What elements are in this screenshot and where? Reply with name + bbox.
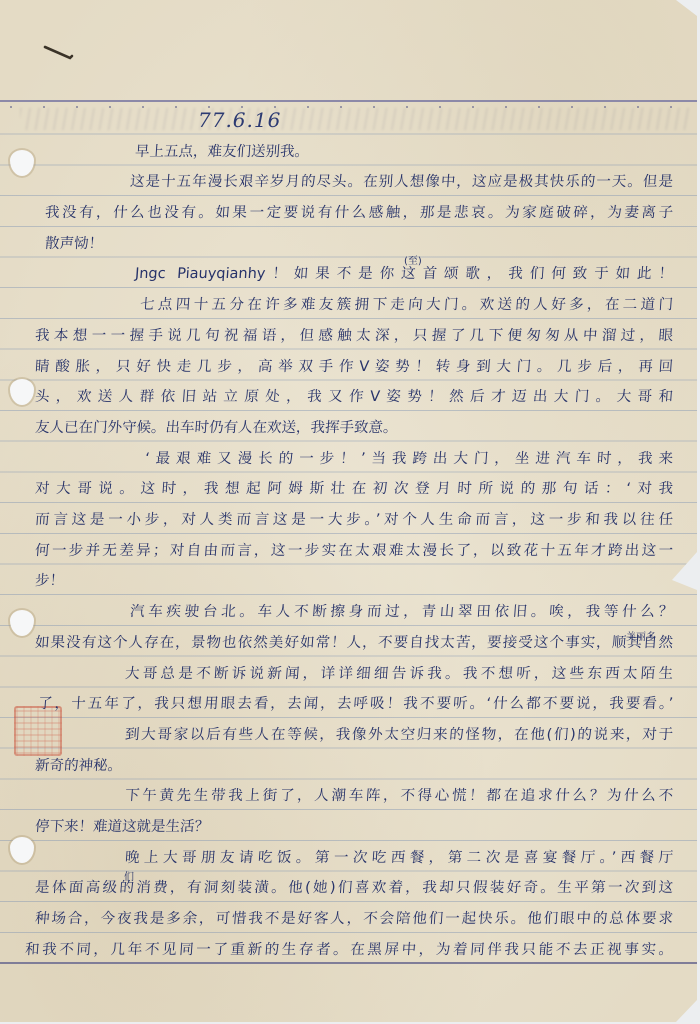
text-line: 到大哥家以后有些人在等候，我像外太空归来的怪物，在他(们)的说来，对于 — [124, 724, 674, 746]
text-line: 早上五点，难友们送别我。 — [134, 141, 310, 163]
text-line: 七点四十五分在许多难友簇拥下走向大门。欢送的人好多，在二道门 — [139, 294, 674, 316]
text-line: ‘最艰难又漫长的一步！’当我跨出大门，坐进汽车时，我来 — [144, 448, 674, 470]
text-line: 而言这是一小步，对人类而言这是一大步。’对个人生命而言，这一步和我以往任 — [34, 509, 674, 531]
text-line: 大哥总是不断诉说新闻，详详细细告诉我。我不想听，这些东西太陌生 — [124, 663, 674, 685]
text-line: 下午黄先生带我上街了，人潮车阵，不得心慌！都在追求什么？为什么不 — [124, 785, 674, 807]
staple-icon — [42, 42, 76, 66]
text-line: 散声恸！ — [44, 233, 104, 255]
text-line: 晚上大哥朋友请吃饭。第一次吃西餐，第二次是喜宴餐厅。’西餐厅 — [124, 847, 674, 869]
header-rule — [0, 100, 697, 102]
diary-page: 77.6.16 早上五点，难友们送别我。 这是十五年漫长艰辛岁月的尽头。在别人想… — [0, 0, 697, 1022]
text-line: 种场合，今夜我是多余，可惜我不是好客人，不会陪他们一起快乐。他们眼中的总体要求 — [34, 908, 674, 930]
text-line: 我没有，什么也没有。如果一定要说有什么感触，那是悲哀。为家庭破碎，为妻离子 — [44, 202, 674, 224]
text-line: 新奇的神秘。 — [34, 755, 123, 777]
text-line: 步！ — [34, 570, 65, 592]
text-line: 这是十五年漫长艰辛岁月的尽头。在别人想像中，这应是极其快乐的一天。但是 — [129, 171, 674, 193]
text-line: 友人已在门外守候。出车时仍有人在欢送，我挥手致意。 — [34, 417, 398, 439]
margin-annotation: 们 — [124, 868, 134, 883]
margin-annotation: (至) — [404, 252, 422, 267]
text-line: 汽车疾驶台北。车人不断擦身而过，青山翠田依旧。唉，我等什么？ — [129, 601, 674, 623]
text-line: 如果没有这个人存在，景物也依然美好如常！人，不要自找太苦，要接受这个事实，顺其自… — [34, 632, 674, 654]
text-line: 何一步并无差异；对自由而言，这一步实在太艰难太漫长了，以致花十五年才跨出这一 — [34, 540, 674, 562]
text-line: 睛酸胀，只好快走几步，高举双手作V姿势！转身到大门。几步后，再回 — [34, 356, 674, 378]
footer-rule — [0, 962, 697, 964]
entry-date: 77.6.16 — [198, 108, 281, 132]
text-line: 了，十五年了，我只想用眼去看，去闻，去呼吸！我不要听。‘什么都不要说，我要看。’ — [37, 693, 674, 715]
text-line: 和我不同，几年不见同一了重新的生存者。在黑屏中，为着同伴我只能不去正视事实。 — [24, 939, 674, 961]
text-line: 停下来！难道这就是生活？ — [34, 816, 210, 838]
text-line: 我本想一一握手说几句祝福语，但感触太深，只握了几下便匆匆从中溜过，眼 — [34, 325, 674, 347]
text-line: 头，欢送人群依旧站立原处，我又作V姿势！然后才迈出大门。大哥和 — [34, 386, 674, 408]
text-line: 对大哥说。这时，我想起阿姆斯壮在初次登月时所说的那句话：‘对我 — [34, 478, 674, 500]
margin-annotation: 美丽多 — [626, 628, 656, 643]
